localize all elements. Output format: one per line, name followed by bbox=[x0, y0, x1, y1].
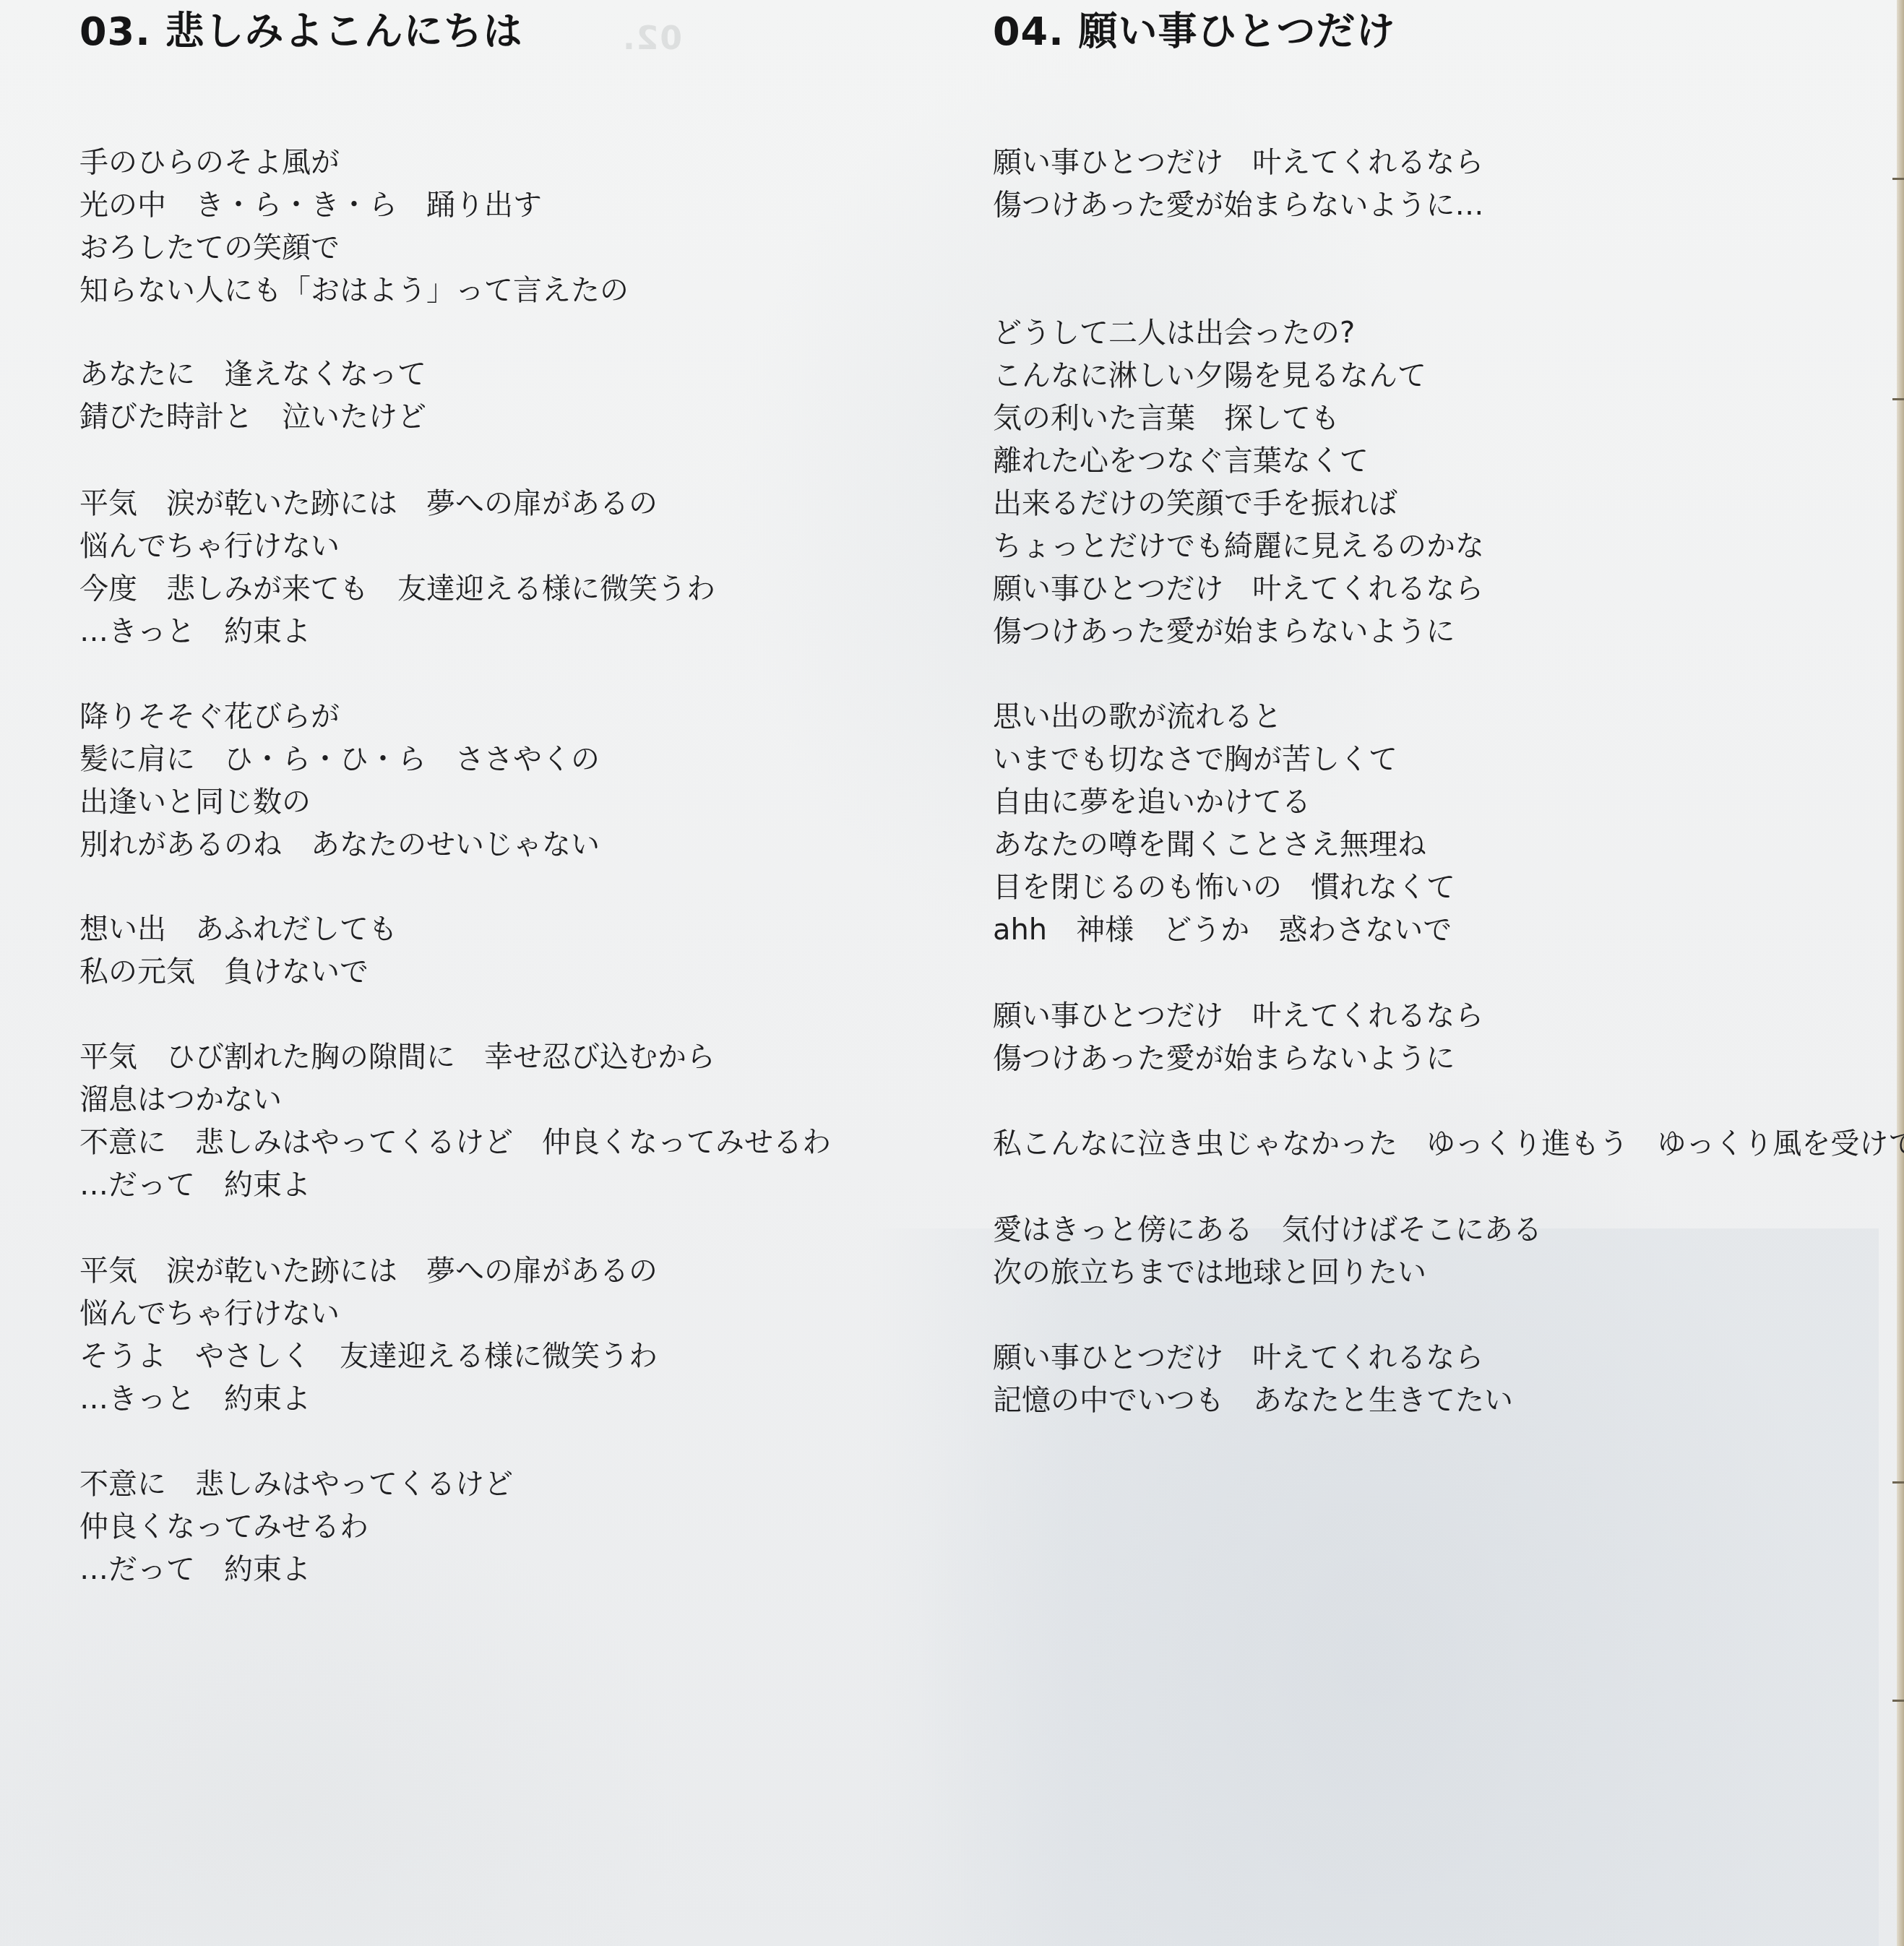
lyric-line: 光の中 き・ら・き・ら 踊り出す bbox=[79, 184, 629, 227]
stanza: 願い事ひとつだけ 叶えてくれるなら 傷つけあった愛が始まらないように… bbox=[993, 142, 1484, 227]
lyric-line: 降りそそぐ花びらが bbox=[79, 696, 600, 739]
stanza: 平気 ひび割れた胸の隙間に 幸せ忍び込むから 溜息はつかない 不意に 悲しみはや… bbox=[79, 1036, 831, 1207]
lyric-line: こんなに淋しい夕陽を見るなんて bbox=[993, 355, 1484, 397]
stanza: 願い事ひとつだけ 叶えてくれるなら 記憶の中でいつも あなたと生きてたい bbox=[993, 1337, 1513, 1422]
lyric-line: 平気 涙が乾いた跡には 夢への扉があるの bbox=[79, 483, 715, 525]
lyric-line: 出来るだけの笑顔で手を振れば bbox=[993, 483, 1484, 525]
song-title: 03. 悲しみよこんにちは bbox=[79, 9, 522, 55]
lyric-line: 髪に肩に ひ・ら・ひ・ら ささやくの bbox=[79, 739, 600, 781]
page-edge bbox=[1897, 0, 1904, 1946]
song-title: 04. 願い事ひとつだけ bbox=[993, 9, 1395, 55]
lyric-line: …きっと 約束よ bbox=[79, 1378, 658, 1421]
lyric-line: 願い事ひとつだけ 叶えてくれるなら bbox=[993, 995, 1483, 1038]
edge-notch bbox=[1892, 1481, 1904, 1484]
lyric-line: 願い事ひとつだけ 叶えてくれるなら bbox=[993, 142, 1484, 184]
lyric-line: 手のひらのそよ風が bbox=[79, 142, 629, 184]
lyric-line: 気の利いた言葉 探しても bbox=[993, 397, 1484, 440]
lyric-line: …だって 約束よ bbox=[79, 1549, 513, 1591]
show-through-text: 02. bbox=[621, 20, 682, 57]
lyric-line: 目を閉じるのも怖いの 慣れなくて bbox=[993, 866, 1455, 909]
paper-shadow bbox=[867, 1228, 1879, 1946]
lyric-line: 平気 涙が乾いた跡には 夢への扉があるの bbox=[79, 1250, 658, 1293]
stanza: 平気 涙が乾いた跡には 夢への扉があるの 悩んでちゃ行けない 今度 悲しみが来て… bbox=[79, 483, 715, 653]
lyric-line: 今度 悲しみが来ても 友達迎える様に微笑うわ bbox=[79, 568, 715, 611]
lyric-line: 想い出 あふれだしても bbox=[79, 908, 397, 951]
lyric-line: ahh 神様 どうか 惑わさないで bbox=[993, 909, 1455, 952]
stanza: 平気 涙が乾いた跡には 夢への扉があるの 悩んでちゃ行けない そうよ やさしく … bbox=[79, 1250, 658, 1421]
stanza: 私こんなに泣き虫じゃなかった ゆっくり進もう ゆっくり風を受けて bbox=[993, 1123, 1904, 1166]
lyric-line: 仲良くなってみせるわ bbox=[79, 1506, 513, 1549]
stanza: 不意に 悲しみはやってくるけど 仲良くなってみせるわ …だって 約束よ bbox=[79, 1463, 513, 1591]
stanza: 想い出 あふれだしても 私の元気 負けないで bbox=[79, 908, 397, 994]
lyric-line: あなたに 逢えなくなって bbox=[79, 353, 426, 396]
lyric-line: 私こんなに泣き虫じゃなかった ゆっくり進もう ゆっくり風を受けて bbox=[993, 1123, 1904, 1166]
lyric-line: どうして二人は出会ったの? bbox=[993, 312, 1484, 355]
lyric-line: 次の旅立ちまでは地球と回りたい bbox=[993, 1252, 1542, 1294]
stanza: どうして二人は出会ったの? こんなに淋しい夕陽を見るなんて 気の利いた言葉 探し… bbox=[993, 312, 1484, 568]
lyric-line: 願い事ひとつだけ 叶えてくれるなら bbox=[993, 1337, 1513, 1379]
lyric-line: 悩んでちゃ行けない bbox=[79, 1293, 658, 1335]
lyric-line: そうよ やさしく 友達迎える様に微笑うわ bbox=[79, 1335, 658, 1378]
lyric-line: 愛はきっと傍にある 気付けばそこにある bbox=[993, 1209, 1542, 1252]
stanza: 願い事ひとつだけ 叶えてくれるなら 傷つけあった愛が始まらないように bbox=[993, 995, 1483, 1080]
lyric-line: …きっと 約束よ bbox=[79, 611, 715, 653]
lyric-line: 傷つけあった愛が始まらないように bbox=[993, 1038, 1483, 1080]
lyric-line: …だって 約束よ bbox=[79, 1164, 831, 1207]
lyric-line: 離れた心をつなぐ言葉なくて bbox=[993, 440, 1484, 483]
stanza: あなたに 逢えなくなって 錆びた時計と 泣いたけど bbox=[79, 353, 426, 439]
stanza: 手のひらのそよ風が 光の中 き・ら・き・ら 踊り出す おろしたての笑顔で 知らな… bbox=[79, 142, 629, 312]
lyric-line: あなたの噂を聞くことさえ無理ね bbox=[993, 824, 1455, 866]
lyric-line: 不意に 悲しみはやってくるけど bbox=[79, 1463, 513, 1506]
stanza: 思い出の歌が流れると いまでも切なさで胸が苦しくて 自由に夢を追いかけてる あな… bbox=[993, 696, 1455, 952]
stanza: 愛はきっと傍にある 気付けばそこにある 次の旅立ちまでは地球と回りたい bbox=[993, 1209, 1542, 1294]
lyric-line: 自由に夢を追いかけてる bbox=[993, 781, 1455, 824]
lyric-line: 溜息はつかない bbox=[79, 1079, 831, 1121]
lyric-line: いまでも切なさで胸が苦しくて bbox=[993, 739, 1455, 781]
lyric-line: 願い事ひとつだけ 叶えてくれるなら bbox=[993, 568, 1483, 611]
lyric-line: 錆びた時計と 泣いたけど bbox=[79, 396, 426, 439]
edge-notch bbox=[1892, 1700, 1904, 1702]
lyric-line: 記憶の中でいつも あなたと生きてたい bbox=[993, 1379, 1513, 1422]
lyric-line: 出逢いと同じ数の bbox=[79, 781, 600, 824]
edge-notch bbox=[1892, 178, 1904, 180]
lyric-line: 思い出の歌が流れると bbox=[993, 696, 1455, 739]
stanza: 降りそそぐ花びらが 髪に肩に ひ・ら・ひ・ら ささやくの 出逢いと同じ数の 別れ… bbox=[79, 696, 600, 866]
lyric-line: 傷つけあった愛が始まらないように… bbox=[993, 184, 1484, 227]
lyric-line: 傷つけあった愛が始まらないように bbox=[993, 611, 1483, 653]
lyric-line: おろしたての笑顔で bbox=[79, 227, 629, 270]
lyric-line: 悩んでちゃ行けない bbox=[79, 525, 715, 568]
lyric-line: 平気 ひび割れた胸の隙間に 幸せ忍び込むから bbox=[79, 1036, 831, 1079]
stanza: 願い事ひとつだけ 叶えてくれるなら 傷つけあった愛が始まらないように bbox=[993, 568, 1483, 653]
lyric-line: ちょっとだけでも綺麗に見えるのかな bbox=[993, 525, 1484, 568]
edge-notch bbox=[1892, 398, 1904, 400]
lyric-line: 知らない人にも「おはよう」って言えたの bbox=[79, 270, 629, 312]
lyric-line: 別れがあるのね あなたのせいじゃない bbox=[79, 824, 600, 866]
lyric-line: 不意に 悲しみはやってくるけど 仲良くなってみせるわ bbox=[79, 1121, 831, 1164]
lyric-line: 私の元気 負けないで bbox=[79, 951, 397, 994]
